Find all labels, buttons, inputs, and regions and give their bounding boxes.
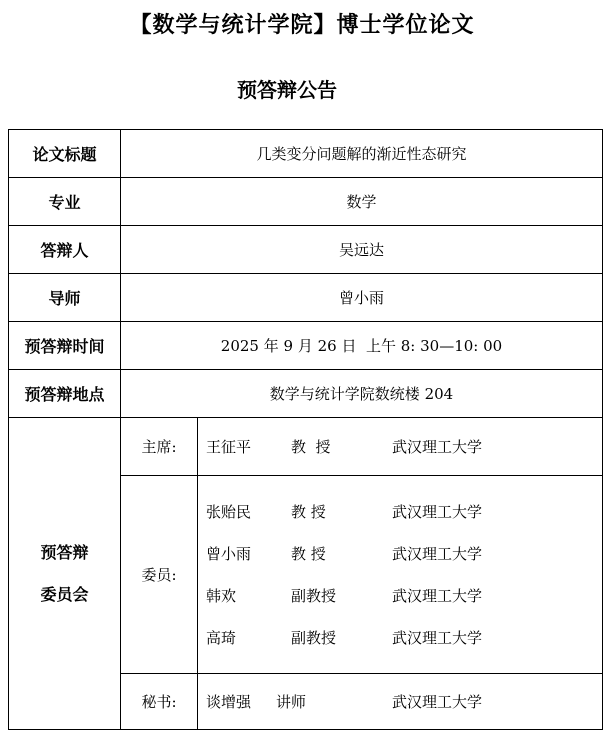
label-supervisor: 导师 [9, 274, 121, 322]
secretary-org: 武汉理工大学 [392, 691, 482, 712]
value-candidate: 吴远达 [121, 226, 603, 274]
committee-label-line2: 委员会 [9, 574, 120, 616]
committee-label-line1: 预答辩 [9, 532, 120, 574]
row-defense-location: 预答辩地点 数学与统计学院数统楼 204 [9, 370, 603, 418]
member-org: 武汉理工大学 [392, 543, 482, 564]
member-org: 武汉理工大学 [392, 585, 482, 606]
member-name: 韩欢 [206, 585, 291, 606]
member-name: 张贻民 [206, 501, 291, 522]
members-list: 张贻民 教 授 武汉理工大学 曾小雨 教 授 武汉理工大学 韩欢 副教授 武汉理… [198, 476, 603, 674]
member-title: 副教授 [291, 585, 392, 606]
member-title: 教 授 [291, 543, 392, 564]
label-thesis-title: 论文标题 [9, 130, 121, 178]
row-major: 专业 数学 [9, 178, 603, 226]
label-candidate: 答辩人 [9, 226, 121, 274]
chair-title: 教 授 [291, 436, 392, 457]
chair-org: 武汉理工大学 [392, 436, 482, 457]
row-thesis-title: 论文标题 几类变分问题解的渐近性态研究 [9, 130, 603, 178]
member-title: 教 授 [291, 501, 392, 522]
value-defense-location: 数学与统计学院数统楼 204 [121, 370, 603, 418]
chair-role: 主席: [121, 418, 198, 476]
label-committee: 预答辩 委员会 [9, 418, 121, 730]
row-candidate: 答辩人 吴远达 [9, 226, 603, 274]
member-name: 曾小雨 [206, 543, 291, 564]
member-item: 曾小雨 教 授 武汉理工大学 [206, 533, 602, 575]
announcement-table: 论文标题 几类变分问题解的渐近性态研究 专业 数学 答辩人 吴远达 导师 曾小雨… [8, 129, 603, 730]
row-chair: 预答辩 委员会 主席: 王征平 教 授 武汉理工大学 [9, 418, 603, 476]
member-title: 副教授 [291, 627, 392, 648]
member-org: 武汉理工大学 [392, 627, 482, 648]
member-item: 高琦 副教授 武汉理工大学 [206, 617, 602, 659]
secretary-entry: 谈增强 讲师 武汉理工大学 [198, 674, 603, 730]
secretary-name: 谈增强 [206, 691, 276, 712]
value-supervisor: 曾小雨 [121, 274, 603, 322]
value-major: 数学 [121, 178, 603, 226]
member-item: 韩欢 副教授 武汉理工大学 [206, 575, 602, 617]
label-defense-location: 预答辩地点 [9, 370, 121, 418]
label-defense-time: 预答辩时间 [9, 322, 121, 370]
member-name: 高琦 [206, 627, 291, 648]
secretary-title: 讲师 [276, 691, 392, 712]
chair-name: 王征平 [206, 436, 291, 457]
secretary-role: 秘书: [121, 674, 198, 730]
row-supervisor: 导师 曾小雨 [9, 274, 603, 322]
label-major: 专业 [9, 178, 121, 226]
row-defense-time: 预答辩时间 2025 年 9 月 26 日 上午 8: 30—10: 00 [9, 322, 603, 370]
document-title: 【数学与统计学院】博士学位论文 [0, 8, 604, 39]
member-item: 张贻民 教 授 武汉理工大学 [206, 491, 602, 533]
value-thesis-title: 几类变分问题解的渐近性态研究 [121, 130, 603, 178]
member-org: 武汉理工大学 [392, 501, 482, 522]
document-subtitle: 预答辩公告 [0, 74, 574, 103]
value-defense-time: 2025 年 9 月 26 日 上午 8: 30—10: 00 [121, 322, 603, 370]
chair-entry: 王征平 教 授 武汉理工大学 [198, 418, 603, 476]
members-role: 委员: [121, 476, 198, 674]
